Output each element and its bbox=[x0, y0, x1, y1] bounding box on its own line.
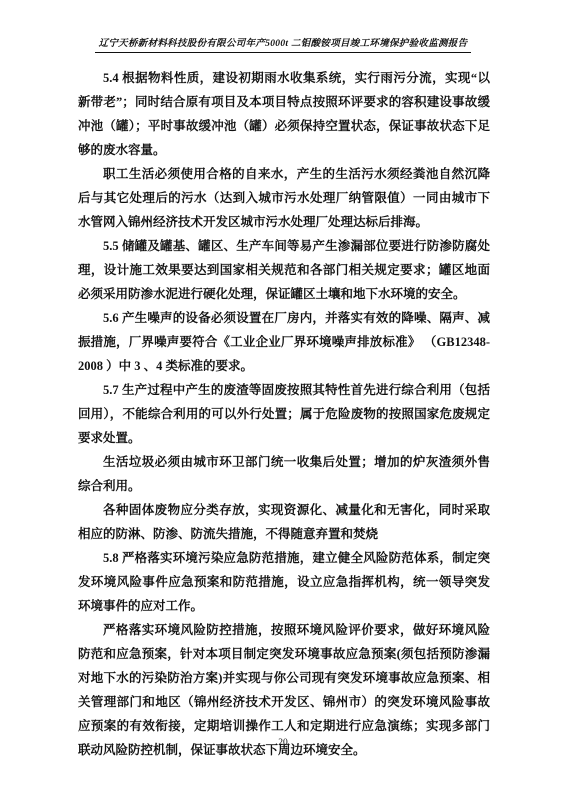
page-footer: 20 bbox=[0, 738, 566, 748]
paragraph-solid-waste: 各种固体废物应分类存放，实现资源化、减量化和无害化，同时采取相应的防淋、防渗、防… bbox=[78, 498, 490, 546]
report-header-title: 辽宁天桥新材料科技股份有限公司年产5000t 二钼酸铵项目竣工环境保护验收监测报… bbox=[95, 35, 472, 53]
paragraph-domestic-waste: 生活垃圾必须由城市环卫部门统一收集后处置；增加的炉灰渣须外售综合利用。 bbox=[78, 450, 490, 498]
page-header: 辽宁天桥新材料科技股份有限公司年产5000t 二钼酸铵项目竣工环境保护验收监测报… bbox=[0, 33, 566, 53]
page-number: 20 bbox=[278, 738, 288, 748]
paragraph-5-5: 5.5 储罐及罐基、罐区、生产车间等易产生渗漏部位要进行防渗防腐处理，设计施工效… bbox=[78, 234, 490, 306]
paragraph-5-4: 5.4 根据物料性质，建设初期雨水收集系统，实行雨污分流，实现“以新带老”；同时… bbox=[78, 66, 490, 162]
paragraph-5-8: 5.8 严格落实环境污染应急防范措施，建立健全风险防范体系，制定突发环境风险事件… bbox=[78, 546, 490, 618]
paragraph-5-6: 5.6 产生噪声的设备必须设置在厂房内，并落实有效的降噪、隔声、减振措施，厂界噪… bbox=[78, 306, 490, 378]
paragraph-5-7: 5.7 生产过程中产生的废渣等固废按照其特性首先进行综合利用（包括回用），不能综… bbox=[78, 378, 490, 450]
document-page: 辽宁天桥新材料科技股份有限公司年产5000t 二钼酸铵项目竣工环境保护验收监测报… bbox=[0, 0, 566, 800]
document-body: 5.4 根据物料性质，建设初期雨水收集系统，实行雨污分流，实现“以新带老”；同时… bbox=[78, 66, 490, 762]
paragraph-domestic-water: 职工生活必须使用合格的自来水，产生的生活污水须经粪池自然沉降后与其它处理后的污水… bbox=[78, 162, 490, 234]
